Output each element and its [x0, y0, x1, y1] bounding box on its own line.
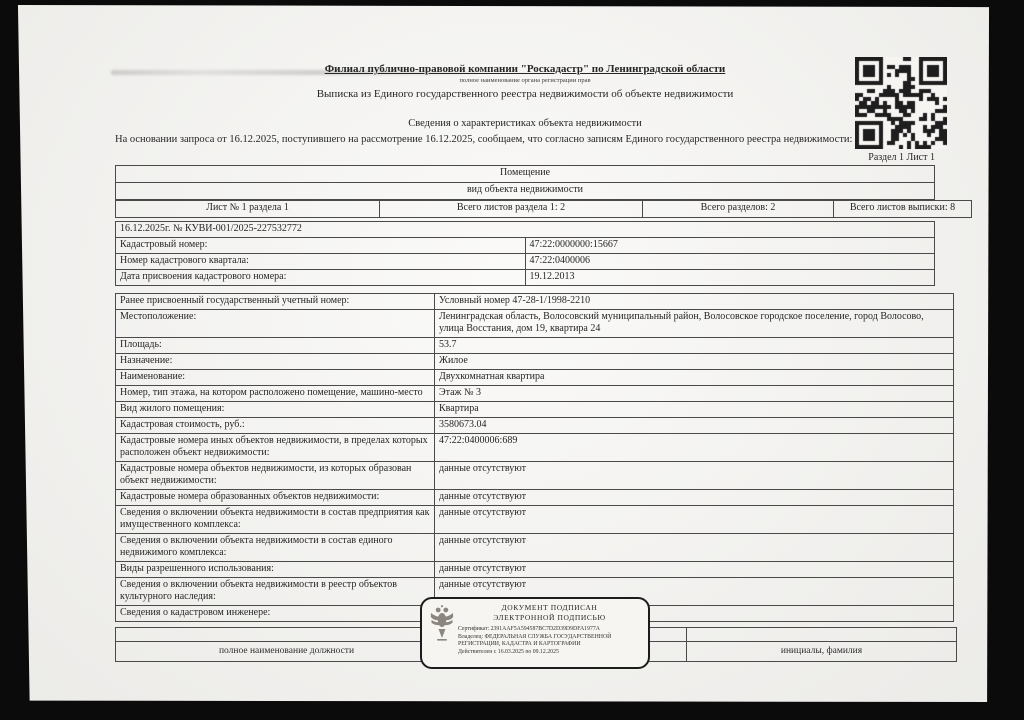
row-value: 3580673.04: [435, 418, 954, 434]
row-value: Этаж № 3: [435, 386, 954, 402]
table-row: вид объекта недвижимости: [116, 183, 935, 200]
object-type-caption: вид объекта недвижимости: [116, 183, 935, 200]
table-row: Сведения о включении объекта недвижимост…: [116, 534, 954, 562]
table-row: Наименование:Двухкомнатная квартира: [116, 370, 954, 386]
table-row: Лист № 1 раздела 1 Всего листов раздела …: [116, 201, 972, 218]
row-label: Местоположение:: [116, 310, 435, 338]
row-value: 47:22:0400006: [525, 254, 935, 270]
row-label: Площадь:: [116, 338, 435, 354]
object-type-value: Помещение: [116, 166, 935, 183]
document-title: Выписка из Единого государственного реес…: [115, 88, 935, 100]
scanned-document-page: Филиал публично-правовой компании "Роска…: [16, 5, 990, 702]
object-details-table: Ранее присвоенный государственный учетны…: [115, 293, 954, 622]
row-value: Двухкомнатная квартира: [435, 370, 954, 386]
table-row: Назначение:Жилое: [116, 354, 954, 370]
table-row: Кадастровые номера иных объектов недвижи…: [116, 434, 954, 462]
sheet-info-cell: Всего листов выписки: 8: [834, 201, 972, 218]
row-label: Кадастровая стоимость, руб.:: [116, 418, 435, 434]
row-value: Квартира: [435, 402, 954, 418]
row-label: Вид жилого помещения:: [116, 402, 435, 418]
registering-authority-caption: полное наименование органа регистрации п…: [115, 77, 935, 84]
registering-authority-name: Филиал публично-правовой компании "Роска…: [115, 63, 935, 76]
sheet-info-cell: Всего разделов: 2: [643, 201, 834, 218]
stamp-owner-line2: РЕГИСТРАЦИИ, КАДАСТРА И КАРТОГРАФИИ: [458, 641, 641, 649]
row-label: Кадастровый номер:: [116, 238, 526, 254]
stamp-certificate: Сертификат: 2391AAF5A594587BC7D2D39D9DFA…: [458, 626, 641, 634]
row-label: Номер кадастрового квартала:: [116, 254, 526, 270]
row-label: Наименование:: [116, 370, 435, 386]
row-label: Кадастровые номера иных объектов недвижи…: [116, 434, 435, 462]
row-label: Сведения о включении объекта недвижимост…: [116, 506, 435, 534]
row-label: Кадастровые номера объектов недвижимости…: [116, 462, 435, 490]
row-value: 47:22:0400006:689: [435, 434, 954, 462]
row-value: 47:22:0000000:15667: [525, 238, 935, 254]
table-row: Номер кадастрового квартала:47:22:040000…: [116, 254, 935, 270]
table-row: Кадастровая стоимость, руб.:3580673.04: [116, 418, 954, 434]
row-value: 19.12.2013: [525, 270, 935, 286]
row-label: Кадастровые номера образованных объектов…: [116, 490, 435, 506]
signature-space: [687, 628, 957, 642]
request-basis-line: На основании запроса от 16.12.2025, пост…: [115, 134, 935, 146]
row-value: Ленинградская область, Волосовский муниц…: [435, 310, 954, 338]
position-name-caption: полное наименование должности: [116, 642, 458, 662]
section-title: Сведения о характеристиках объекта недви…: [115, 118, 935, 129]
sheet-info-cell: Всего листов раздела 1: 2: [380, 201, 643, 218]
table-row: Кадастровые номера образованных объектов…: [116, 490, 954, 506]
extract-number: 16.12.2025г. № КУВИ-001/2025-227532772: [116, 222, 935, 238]
row-label: Дата присвоения кадастрового номера:: [116, 270, 526, 286]
table-row: Дата присвоения кадастрового номера:19.1…: [116, 270, 935, 286]
cadastral-number-table: 16.12.2025г. № КУВИ-001/2025-227532772 К…: [115, 221, 935, 286]
coat-of-arms-eagle-icon: [430, 604, 454, 644]
row-value: данные отсутствуют: [435, 462, 954, 490]
row-value: 53.7: [435, 338, 954, 354]
stamp-title-line1: ДОКУМЕНТ ПОДПИСАН: [458, 603, 641, 613]
row-label: Назначение:: [116, 354, 435, 370]
table-row: Виды разрешенного использования:данные о…: [116, 562, 954, 578]
row-label: Виды разрешенного использования:: [116, 562, 435, 578]
stamp-validity: Действителен с 16.03.2025 по 09.12.2025: [458, 649, 641, 657]
sheet-info-table: Лист № 1 раздела 1 Всего листов раздела …: [115, 200, 972, 218]
row-value: данные отсутствуют: [435, 534, 954, 562]
table-row: Кадастровые номера объектов недвижимости…: [116, 462, 954, 490]
table-row: Вид жилого помещения:Квартира: [116, 402, 954, 418]
row-value: данные отсутствуют: [435, 490, 954, 506]
table-row: Помещение: [116, 166, 935, 183]
initials-surname-caption: инициалы, фамилия: [687, 642, 957, 662]
row-value: Условный номер 47-28-1/1998-2210: [435, 294, 954, 310]
electronic-signature-stamp: ДОКУМЕНТ ПОДПИСАН ЭЛЕКТРОННОЙ ПОДПИСЬЮ С…: [420, 597, 650, 669]
table-row: Сведения о включении объекта недвижимост…: [116, 506, 954, 534]
row-label: Сведения о кадастровом инженере:: [116, 606, 435, 622]
table-row: Номер, тип этажа, на котором расположено…: [116, 386, 954, 402]
table-row: Площадь:53.7: [116, 338, 954, 354]
section-sheet-label: Раздел 1 Лист 1: [115, 152, 935, 163]
table-row: Местоположение:Ленинградская область, Во…: [116, 310, 954, 338]
row-value: данные отсутствуют: [435, 506, 954, 534]
table-row: Кадастровый номер:47:22:0000000:15667: [116, 238, 935, 254]
row-label: Номер, тип этажа, на котором расположено…: [116, 386, 435, 402]
signature-space: [116, 628, 458, 642]
table-row: 16.12.2025г. № КУВИ-001/2025-227532772: [116, 222, 935, 238]
sheet-info-cell: Лист № 1 раздела 1: [116, 201, 380, 218]
row-value: данные отсутствуют: [435, 562, 954, 578]
stamp-title-line2: ЭЛЕКТРОННОЙ ПОДПИСЬЮ: [458, 613, 641, 623]
row-label: Сведения о включении объекта недвижимост…: [116, 578, 435, 606]
row-label: Ранее присвоенный государственный учетны…: [116, 294, 435, 310]
row-value: Жилое: [435, 354, 954, 370]
stamp-owner-line1: Владелец: ФЕДЕРАЛЬНАЯ СЛУЖБА ГОСУДАРСТВЕ…: [458, 634, 641, 642]
screenshot-root: { "colors": { "background": "#0b0b0b", "…: [0, 0, 1024, 720]
table-row: Ранее присвоенный государственный учетны…: [116, 294, 954, 310]
object-type-table: Помещение вид объекта недвижимости: [115, 165, 935, 200]
row-label: Сведения о включении объекта недвижимост…: [116, 534, 435, 562]
